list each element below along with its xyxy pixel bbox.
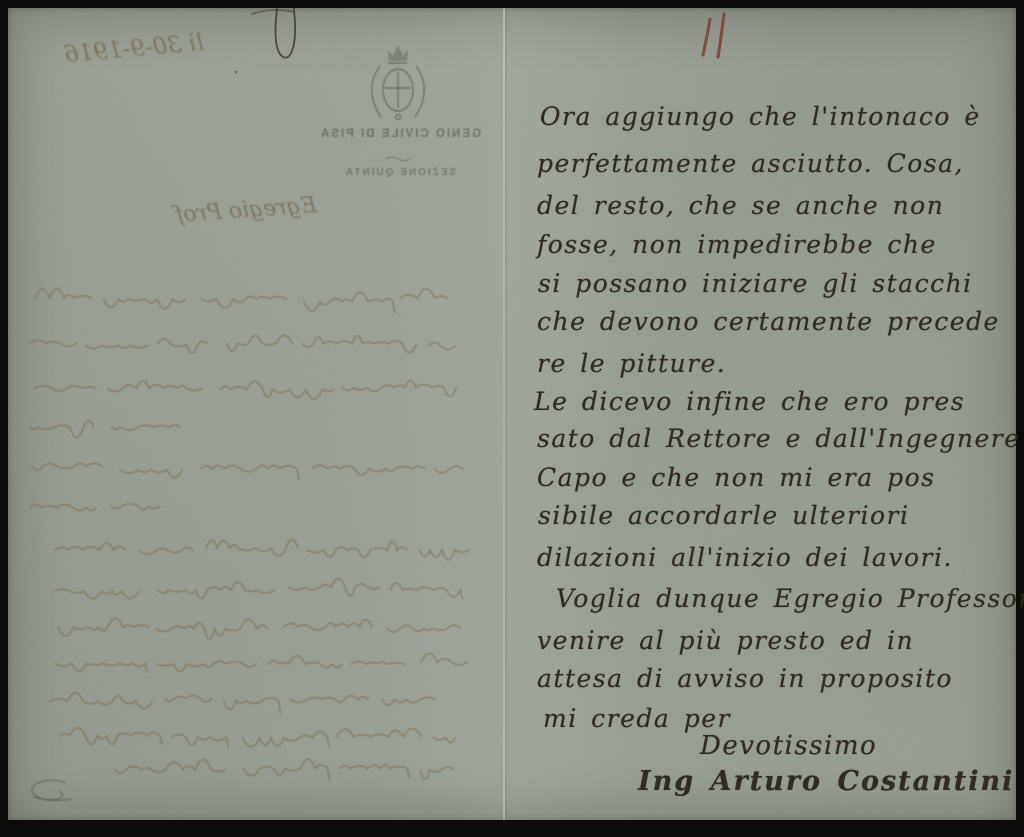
letter-line: re le pitture. xyxy=(537,349,726,378)
letter-line: che devono certamente precede xyxy=(537,307,1000,336)
letter-line: Voglia dunque Egregio Professore xyxy=(556,584,1024,613)
letter-line: Capo e che non mi era pos xyxy=(537,463,935,492)
letter-line: del resto, che se anche non xyxy=(537,191,944,220)
scan-background: lì 30-9-1916 GENIO CIVILE DI PISA SEZION… xyxy=(0,0,1024,837)
letterhead-section-mirrored: SEZIONE QUINTA xyxy=(330,167,470,178)
letter-line: attesa di avviso in proposito xyxy=(537,664,953,693)
letter-line: sato dal Rettore e dall'Ingegnere xyxy=(537,424,1021,453)
letter-line: perfettamente asciutto. Cosa, xyxy=(537,149,964,178)
letter-line: dilazioni all'inizio dei lavori. xyxy=(537,543,953,572)
letterhead-agency-mirrored: GENIO CIVILE DI PISA xyxy=(317,128,483,140)
letter-line: Le dicevo infine che ero pres xyxy=(534,387,965,416)
letter-signature: Ing Arturo Costantini xyxy=(638,766,1014,797)
letter-closing: Devotissimo xyxy=(700,731,877,761)
letter-line: Ora aggiungo che l'intonaco è xyxy=(540,102,981,131)
letter-line: mi creda per xyxy=(543,704,731,733)
letter-line: si possano iniziare gli stacchi xyxy=(538,269,973,298)
letter-line: venire al più presto ed in xyxy=(537,626,914,655)
letter-line: sibile accordarle ulteriori xyxy=(538,501,909,530)
letter-line: fosse, non impedirebbe che xyxy=(537,230,937,259)
